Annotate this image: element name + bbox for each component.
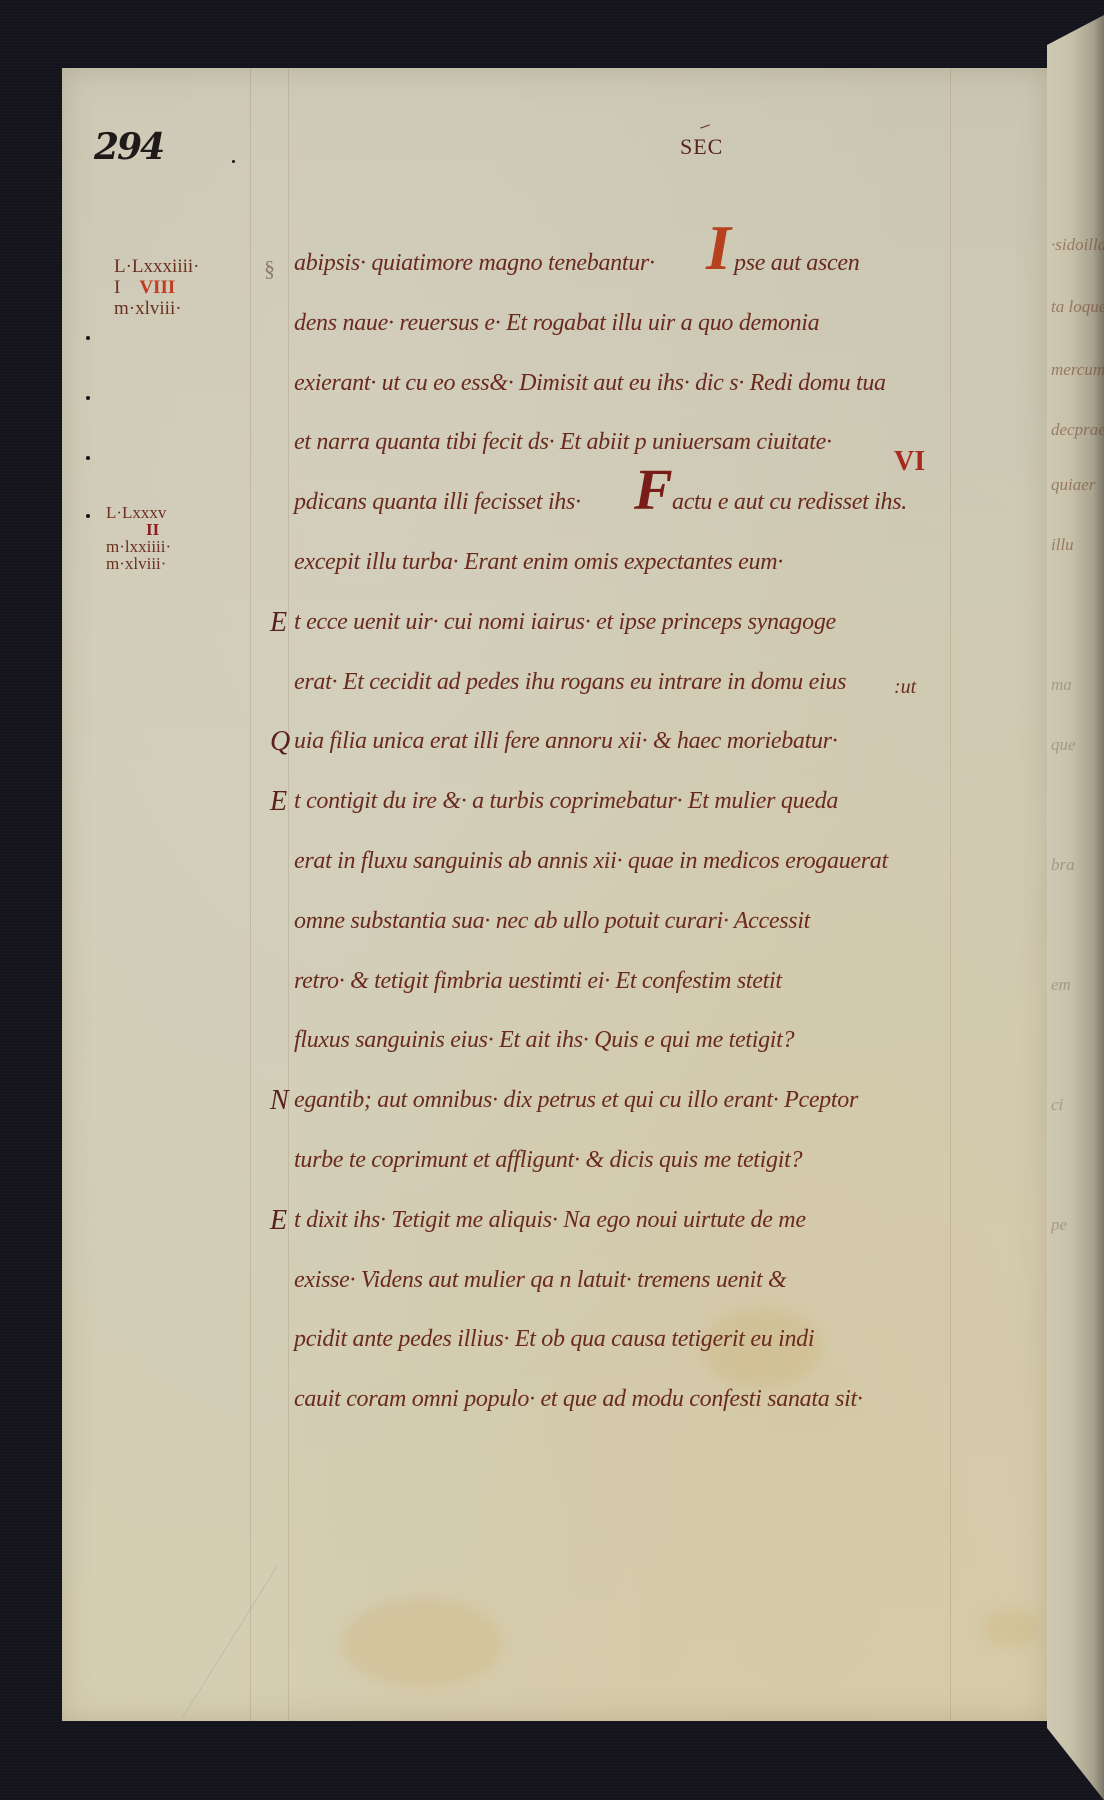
line-text: erat· Et cecidit ad pedes ihu rogans eu … (294, 653, 846, 713)
line-text: t dixit ihs· Tetigit me aliquis· Na ego … (294, 1191, 806, 1251)
versal-initial: E (270, 772, 287, 832)
canon-row: I VIII (114, 277, 199, 298)
line-text: omne substantia sua· nec ab ullo potuit … (294, 892, 810, 952)
text-line: dens naue· reuersus e· Et rogabat illu u… (294, 294, 1074, 354)
line-text: et narra quanta tibi fecit ds· Et abiit … (294, 413, 832, 473)
pricking-hole (86, 514, 90, 518)
pricking-hole (86, 456, 90, 460)
line-text: exisse· Videns aut mulier qa n latuit· t… (294, 1251, 786, 1311)
text-line: pdicans quanta illi fecisset ihs· F actu… (294, 473, 1074, 533)
text-line: N egantib; aut omnibus· dix petrus et qu… (294, 1071, 1074, 1131)
text-line: exierant· ut cu eo ess&· Dimisit aut eu … (294, 354, 1074, 414)
text-line: et narra quanta tibi fecit ds· Et abiit … (294, 413, 1074, 473)
text-line: exisse· Videns aut mulier qa n latuit· t… (294, 1251, 1074, 1311)
text-line: retro· & tetigit fimbria uestimti ei· Et… (294, 952, 1074, 1012)
text-line: pcidit ante pedes illius· Et ob qua caus… (294, 1310, 1074, 1370)
line-text: erat in fluxu sanguinis ab annis xii· qu… (294, 832, 888, 892)
line-text: exierant· ut cu eo ess&· Dimisit aut eu … (294, 354, 886, 414)
line-text: turbe te coprimunt et affligunt· & dicis… (294, 1131, 802, 1191)
folio-number: 294 (94, 126, 163, 168)
canon-row: m·xlviii· (114, 298, 199, 319)
canon-row: m·lxxiiii· (106, 538, 171, 555)
line-text: pdicans quanta illi fecisset ihs· (294, 473, 581, 533)
line-text: t ecce uenit uir· cui nomi iairus· et ip… (294, 593, 836, 653)
ruling-line (250, 68, 251, 1721)
line-text: egantib; aut omnibus· dix petrus et qui … (294, 1071, 858, 1131)
canon-table-reference: L·Lxxxiiii· I VIII m·xlviii· (114, 256, 199, 319)
manuscript-page: 294 SEC L·Lxxxiiii· I VIII m·xlviii· § L… (62, 68, 1047, 1721)
text-line: excepit illu turba· Erant enim omis expe… (294, 533, 1074, 593)
canon-prefix: I (114, 277, 120, 298)
stain (982, 1608, 1042, 1648)
text-line: E t ecce uenit uir· cui nomi iairus· et … (294, 593, 1074, 653)
line-text: uia filia unica erat illi fere annoru xi… (294, 712, 837, 772)
line-text: pcidit ante pedes illius· Et ob qua caus… (294, 1310, 814, 1370)
text-line: omne substantia sua· nec ab ullo potuit … (294, 892, 1074, 952)
line-text: excepit illu turba· Erant enim omis expe… (294, 533, 783, 593)
text-line: abipsis· quiatimore magno tenebantur· I … (294, 234, 1074, 294)
section-mark-icon: § (264, 256, 275, 282)
line-text: dens naue· reuersus e· Et rogabat illu u… (294, 294, 819, 354)
rubricated-initial: F (634, 461, 672, 519)
ruling-line (288, 68, 289, 1721)
line-text: pse aut ascen (734, 234, 859, 294)
versal-initial: E (270, 1191, 287, 1251)
text-line: Q uia filia unica erat illi fere annoru … (294, 712, 1074, 772)
text-line: turbe te coprimunt et affligunt· & dicis… (294, 1131, 1074, 1191)
stain (342, 1598, 502, 1688)
text-line: erat in fluxu sanguinis ab annis xii· qu… (294, 832, 1074, 892)
text-line: fluxus sanguinis eius· Et ait ihs· Quis … (294, 1011, 1074, 1071)
text-line: erat· Et cecidit ad pedes ihu rogans eu … (294, 653, 1074, 713)
text-line: E t contigit du ire &· a turbis coprimeb… (294, 772, 1074, 832)
line-text: fluxus sanguinis eius· Et ait ihs· Quis … (294, 1011, 794, 1071)
running-head: SEC (680, 134, 723, 160)
canon-row: II (106, 521, 171, 538)
line-text: t contigit du ire &· a turbis coprimebat… (294, 772, 838, 832)
canon-table-reference: L·Lxxxv II m·lxxiiii· m·xlviii· (106, 504, 171, 572)
pricking-hole (86, 396, 90, 400)
rubricated-initial: I (706, 216, 731, 280)
pricking-hole (232, 160, 235, 163)
text-line: E t dixit ihs· Tetigit me aliquis· Na eg… (294, 1191, 1074, 1251)
canon-row: m·xlviii· (106, 555, 171, 572)
canon-number-red: VIII (139, 277, 175, 298)
main-text-block: abipsis· quiatimore magno tenebantur· I … (294, 234, 1074, 1430)
line-text: abipsis· quiatimore magno tenebantur· (294, 234, 655, 294)
crease (182, 1566, 278, 1719)
canon-row: L·Lxxxv (106, 504, 171, 521)
pricking-hole (86, 336, 90, 340)
line-text: actu e aut cu redisset ihs. (672, 473, 907, 533)
text-line: cauit coram omni populo· et que ad modu … (294, 1370, 1074, 1430)
line-text: retro· & tetigit fimbria uestimti ei· Et… (294, 952, 782, 1012)
versal-initial: N (270, 1071, 288, 1131)
versal-initial: Q (270, 712, 290, 772)
line-text: cauit coram omni populo· et que ad modu … (294, 1370, 863, 1430)
versal-initial: E (270, 593, 287, 653)
canon-row: L·Lxxxiiii· (114, 256, 199, 277)
